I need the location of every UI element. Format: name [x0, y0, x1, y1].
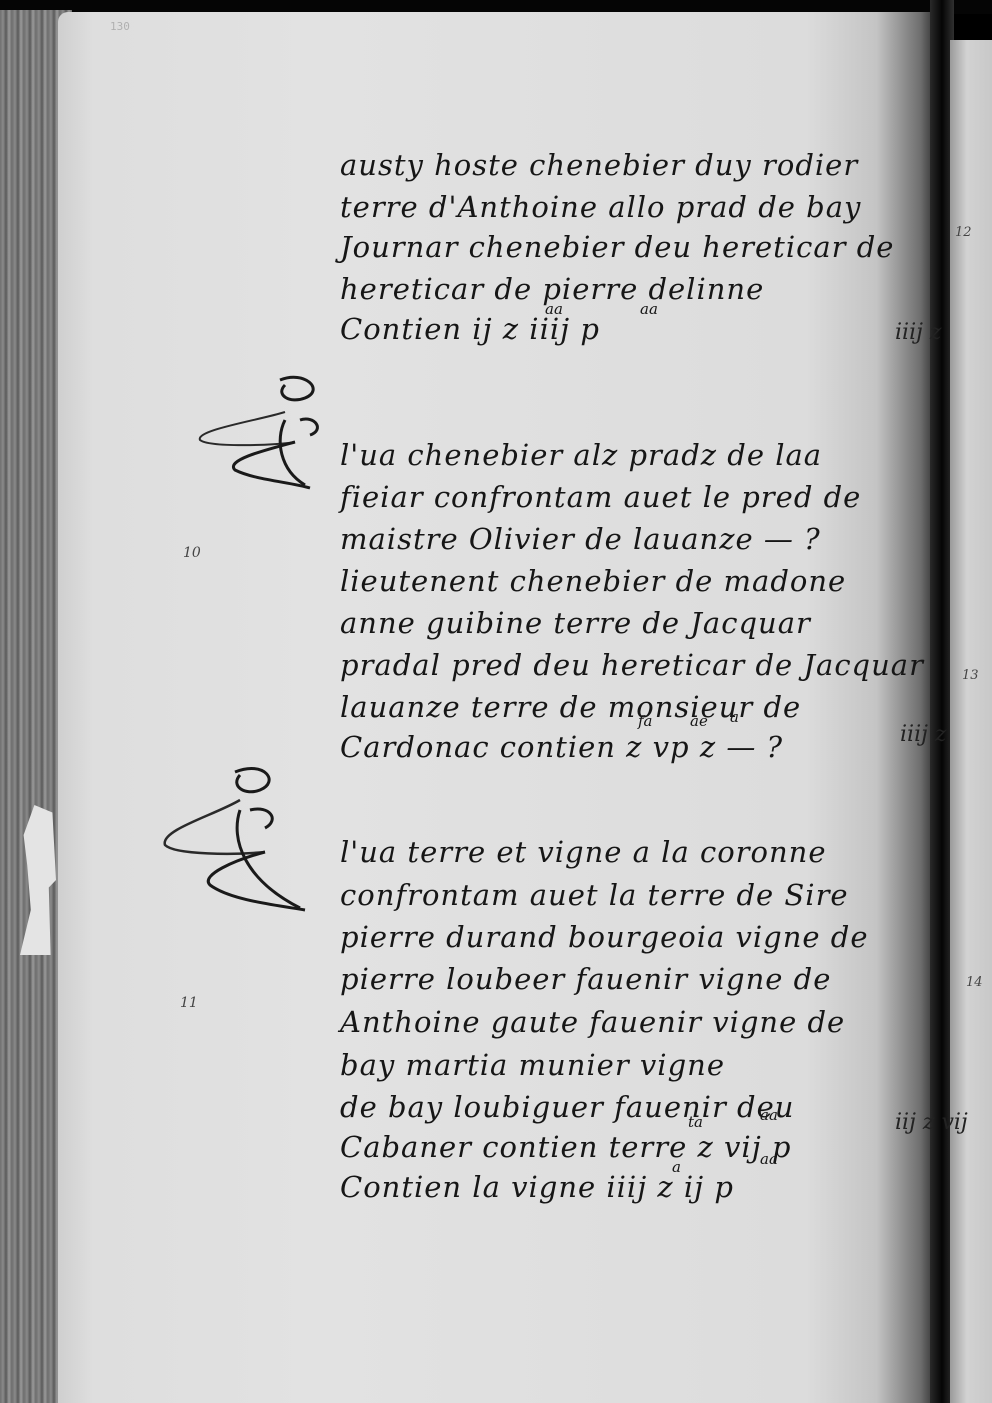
- margin-total: iiij z: [900, 722, 947, 747]
- paragraph-flourish-icon: [185, 370, 320, 495]
- superscript: aa: [760, 1106, 778, 1124]
- text-line: de bay loubiguer fauenir deu: [340, 1090, 794, 1124]
- text-line: pierre durand bourgeoia vigne de: [340, 920, 869, 954]
- superscript: ta: [688, 1113, 703, 1131]
- text-line: maistre Olivier de lauanze — ?: [340, 522, 821, 556]
- margin-page-ref: 13: [962, 668, 979, 683]
- facing-page-edge: [950, 40, 992, 1403]
- superscript: aa: [545, 300, 563, 318]
- folio-mark: 130: [110, 20, 130, 33]
- text-line: l'ua terre et vigne a la coronne: [340, 835, 827, 869]
- text-line: confrontam auet la terre de Sire: [340, 878, 849, 912]
- margin-total: iij z vij: [895, 1110, 968, 1135]
- measure-line: Cardonac contien z vp z — ?: [340, 730, 783, 764]
- margin-page-ref: 12: [955, 225, 972, 240]
- text-line: terre d'Anthoine allo prad de bay: [340, 190, 861, 224]
- text-line: austy hoste chenebier duy rodier: [340, 148, 858, 182]
- margin-page-ref: 14: [966, 975, 983, 990]
- text-line: l'ua chenebier alz pradz de laa: [340, 438, 822, 472]
- entry-number: 10: [183, 545, 201, 561]
- superscript: aa: [640, 300, 658, 318]
- superscript: a: [730, 708, 739, 726]
- scanned-page: 130 austy hoste chenebier duy rodier ter…: [0, 0, 992, 1403]
- text-line: pradal pred deu hereticar de Jacquar: [340, 648, 924, 682]
- text-line: Journar chenebier deu hereticar de: [340, 230, 894, 264]
- text-line: lieutenent chenebier de madone: [340, 564, 846, 598]
- text-line: Anthoine gaute fauenir vigne de: [340, 1005, 845, 1039]
- superscript: aa: [760, 1150, 778, 1168]
- text-line: pierre loubeer fauenir vigne de: [340, 962, 831, 996]
- measure-line: Cabaner contien terre z vij p: [340, 1130, 791, 1164]
- superscript: a: [672, 1158, 681, 1176]
- text-line: fieiar confrontam auet le pred de: [340, 480, 861, 514]
- entry-number: 11: [180, 995, 198, 1011]
- margin-total: iiij z: [895, 320, 942, 345]
- superscript: fa: [638, 712, 653, 730]
- superscript: ae: [690, 712, 708, 730]
- text-line: bay martia munier vigne: [340, 1048, 725, 1082]
- paragraph-flourish-icon: [155, 760, 325, 920]
- text-line: anne guibine terre de Jacquar: [340, 606, 811, 640]
